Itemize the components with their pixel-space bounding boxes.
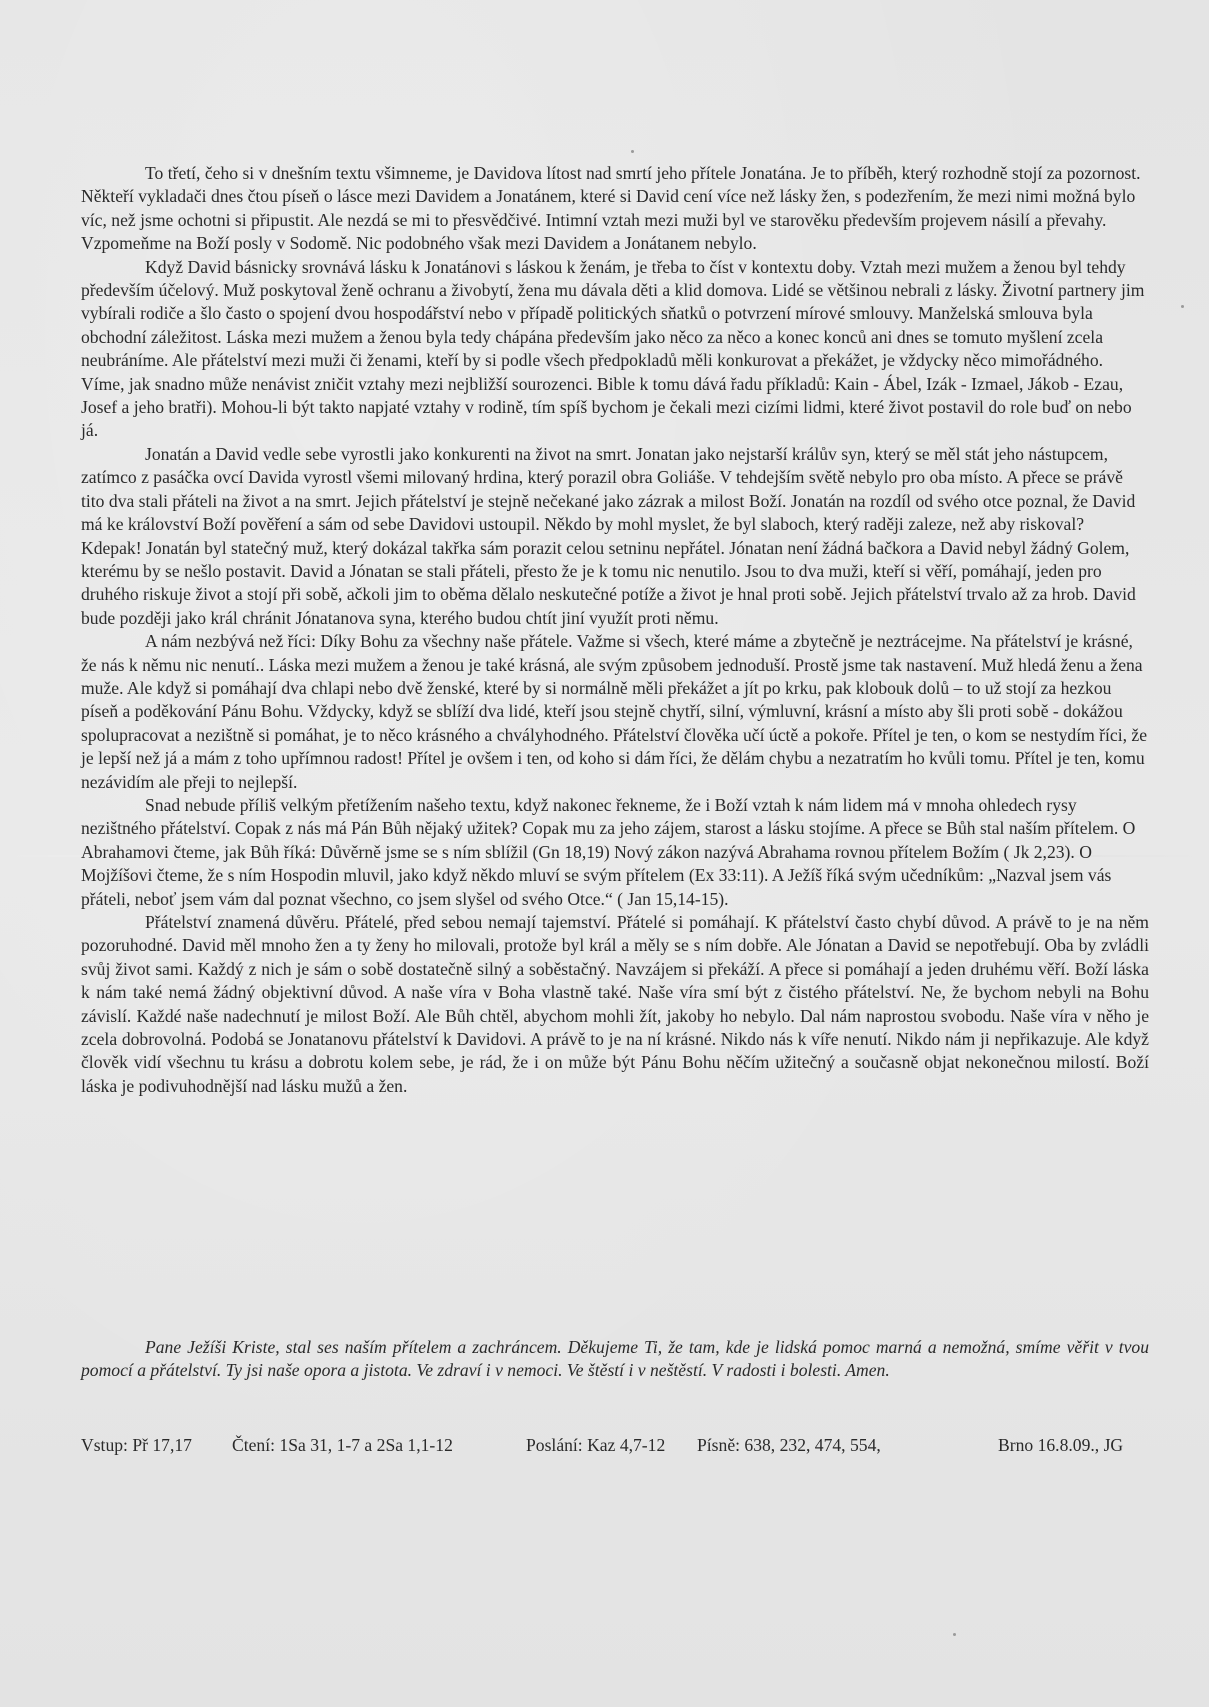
paper-speck (953, 1633, 956, 1636)
paragraph-4: A nám nezbývá než říci: Díky Bohu za vše… (81, 630, 1149, 794)
paragraph-5: Snad nebude příliš velkým přetížením naš… (81, 794, 1149, 911)
footer-vstup: Vstup: Př 17,17 (81, 1434, 192, 1457)
footer-place-date: Brno 16.8.09., JG (998, 1434, 1123, 1457)
footer-poslani: Poslání: Kaz 4,7-12 (526, 1434, 665, 1457)
scanned-page: To třetí, čeho si v dnešním textu všimne… (0, 0, 1209, 1707)
paragraph-6: Přátelství znamená důvěru. Přátelé, před… (81, 911, 1149, 1098)
paragraph-3: Jonatán a David vedle sebe vyrostli jako… (81, 443, 1149, 630)
sermon-body: To třetí, čeho si v dnešním textu všimne… (81, 162, 1149, 1098)
paper-speck (1181, 305, 1184, 308)
paragraph-1: To třetí, čeho si v dnešním textu všimne… (81, 162, 1149, 256)
paragraph-2: Když David básnicky srovnává lásku k Jon… (81, 256, 1149, 443)
closing-prayer: Pane Ježíši Kriste, stal ses naším příte… (81, 1336, 1149, 1383)
footer-pisne: Písně: 638, 232, 474, 554, (697, 1434, 881, 1457)
paper-speck (631, 150, 634, 153)
footer-cteni: Čtení: 1Sa 31, 1-7 a 2Sa 1,1-12 (232, 1434, 453, 1457)
